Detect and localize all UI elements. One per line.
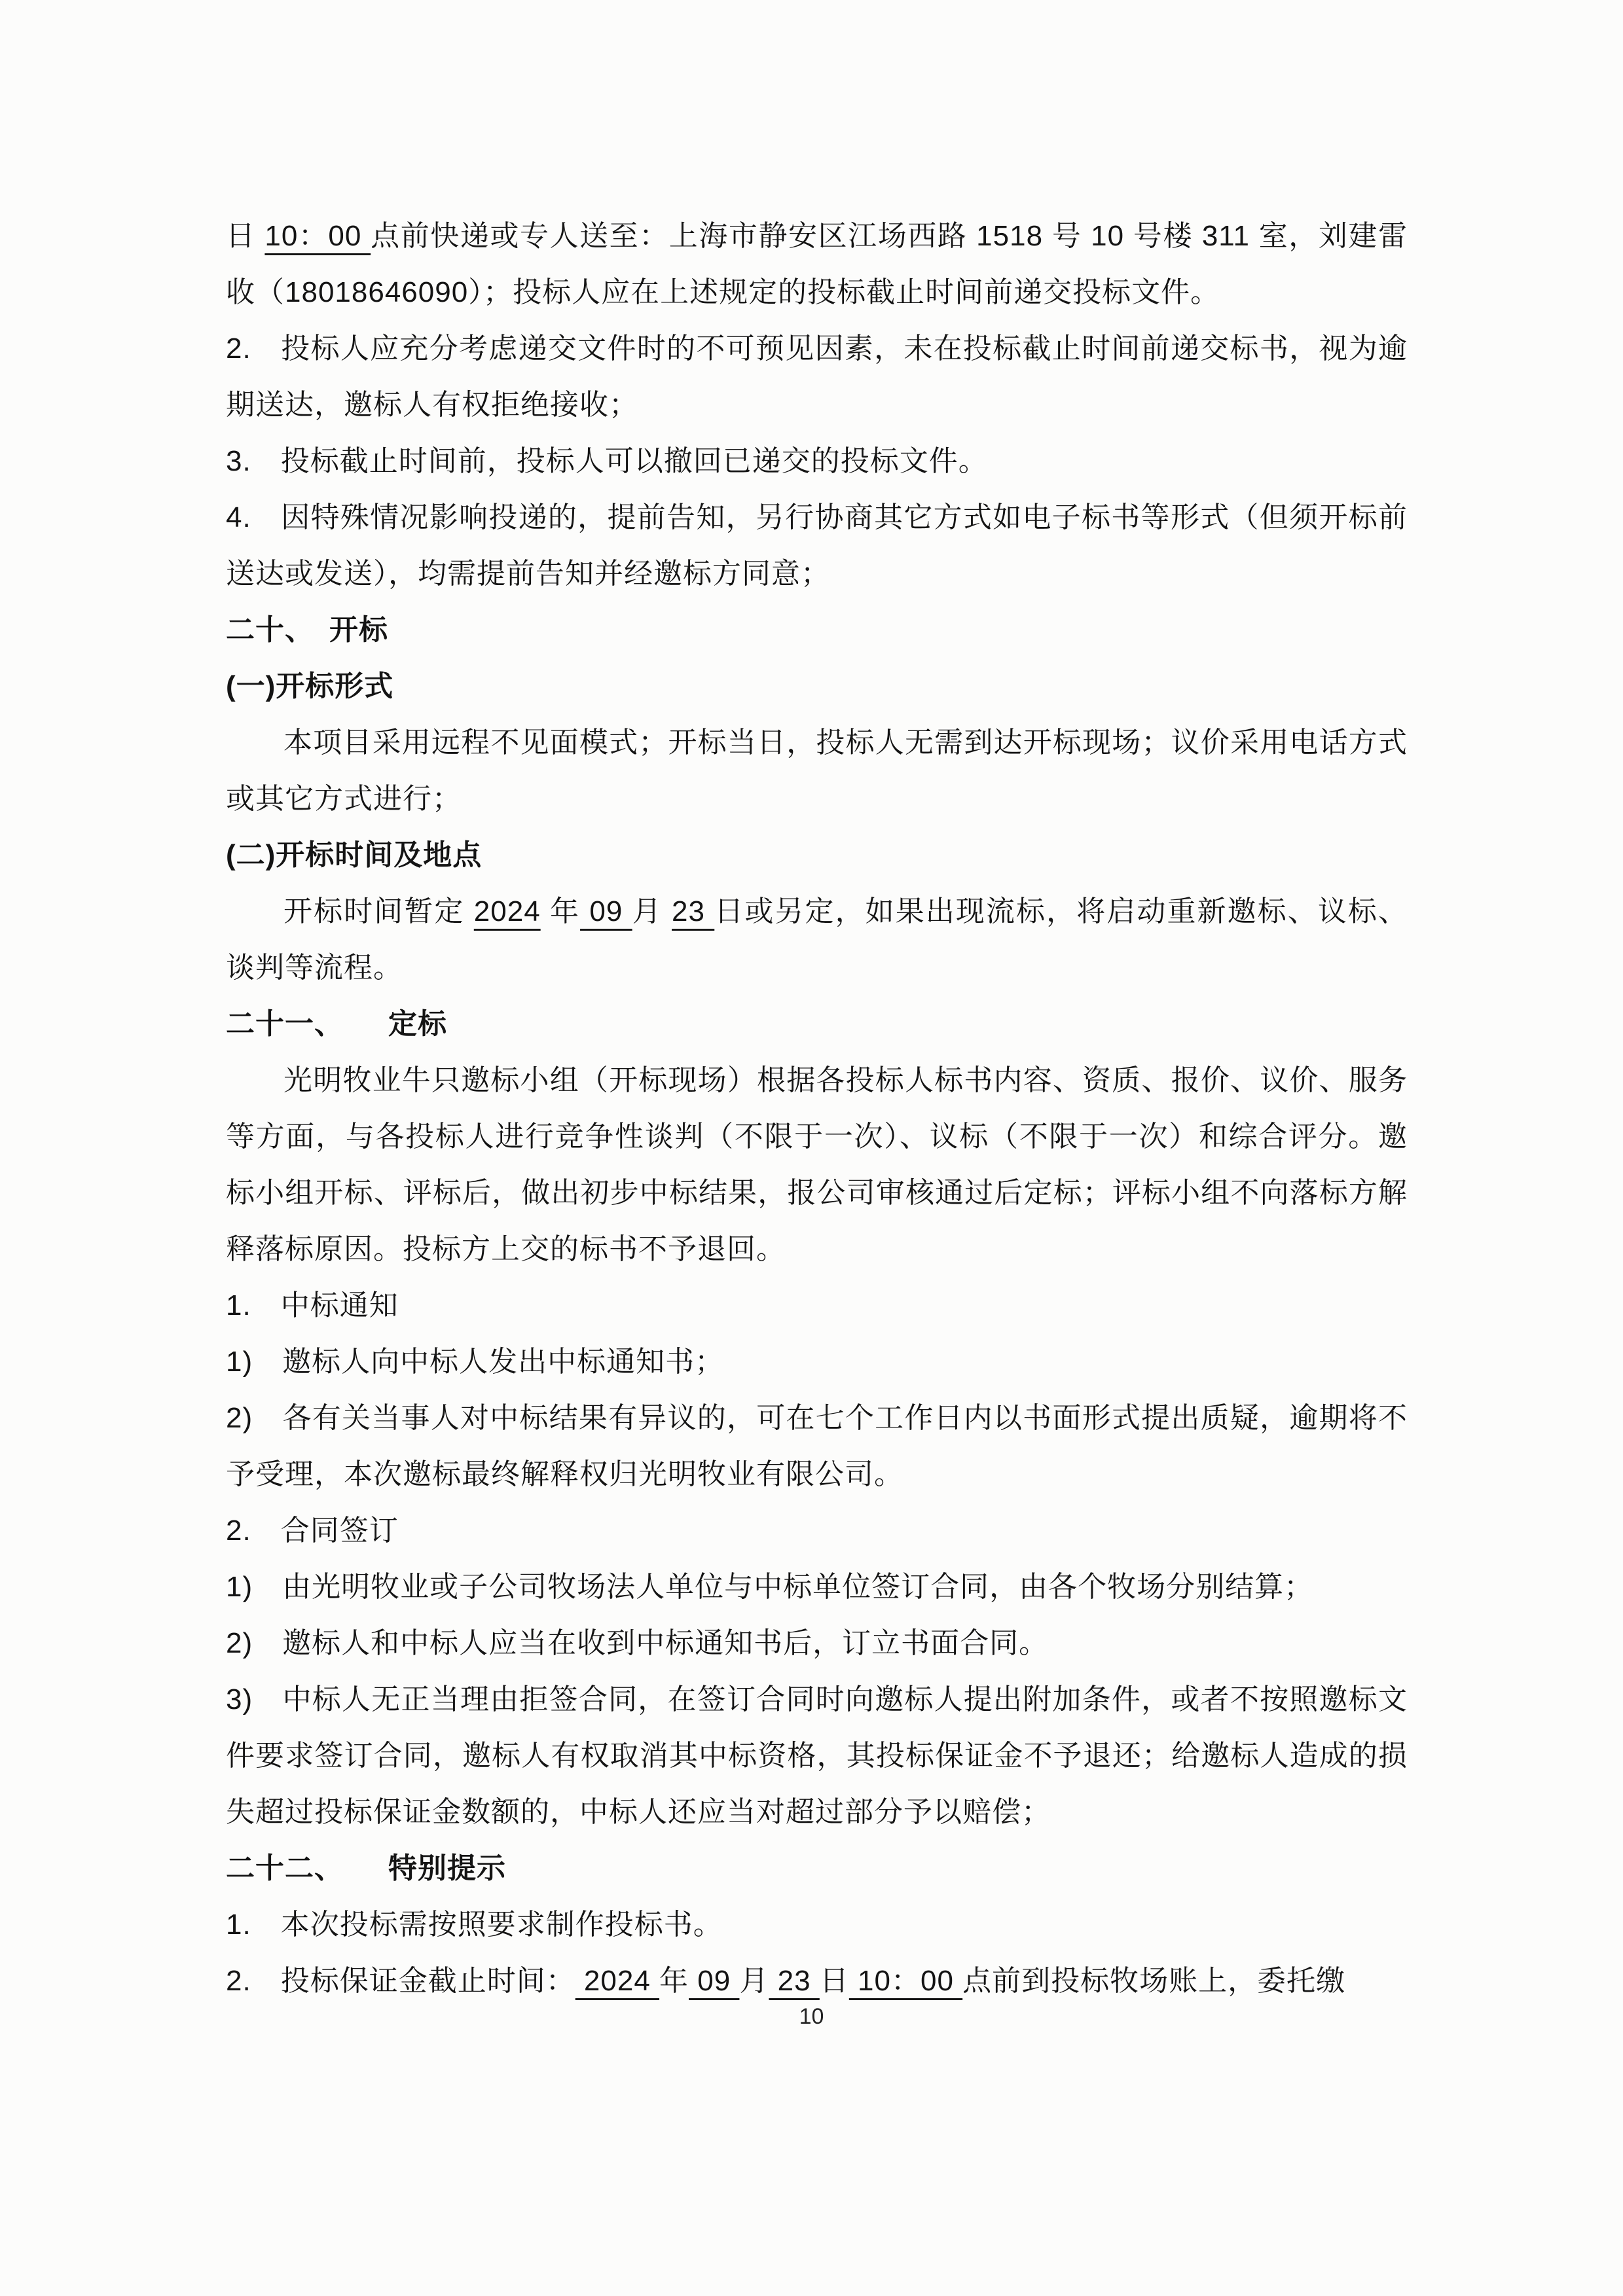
paragraph-item-4-special-cases: 4. 因特殊情况影响投递的，提前告知，另行协商其它方式如电子标书等形式（但须开标… xyxy=(226,490,1408,602)
underlined-day: 23 xyxy=(769,1965,819,1997)
paragraph-item-2-3-refusal-penalty: 3) 中标人无正当理由拒签合同，在签订合同时向邀标人提出附加条件，或者不按照邀标… xyxy=(226,1672,1408,1840)
heading-20-2-bid-opening-time-place: (二)开标时间及地点 xyxy=(226,827,1408,884)
paragraph-item-2-1-contract-parties: 1) 由光明牧业或子公司牧场法人单位与中标单位签订合同，由各个牧场分别结算； xyxy=(226,1559,1408,1615)
paragraph-bid-opening-date: 开标时间暂定 2024 年 09 月 23 日或另定，如果出现流标，将启动重新邀… xyxy=(226,884,1408,996)
text-segment: 点前快递或专人送至：上海市静安区江场西路 1518 号 10 号楼 311 室，… xyxy=(226,220,1408,308)
text-segment: 年 xyxy=(659,1965,689,1997)
heading-20-1-bid-opening-form: (一)开标形式 xyxy=(226,658,1408,715)
paragraph-remote-bid-opening: 本项目采用远程不见面模式；开标当日，投标人无需到达开标现场；议价采用电话方式或其… xyxy=(226,715,1408,827)
paragraph-item-2-late-delivery: 2. 投标人应充分考虑递交文件时的不可预见因素，未在投标截止时间前递交标书，视为… xyxy=(226,321,1408,433)
text-segment: 月 xyxy=(739,1965,769,1997)
underlined-time: 10：00 xyxy=(849,1965,962,1997)
underlined-month: 09 xyxy=(689,1965,739,1997)
paragraph-item-3-withdraw: 3. 投标截止时间前，投标人可以撤回已递交的投标文件。 xyxy=(226,433,1408,490)
document-page: 日 10：00 点前快递或专人送至：上海市静安区江场西路 1518 号 10 号… xyxy=(0,0,1623,2296)
text-segment: 2. 投标保证金截止时间： xyxy=(226,1965,575,1997)
text-segment: 月 xyxy=(632,895,672,927)
text-segment: 日 xyxy=(226,220,264,252)
underlined-year: 2024 xyxy=(474,895,541,927)
paragraph-item-2-contract-signing: 2. 合同签订 xyxy=(226,1503,1408,1559)
heading-section-21-award-decision: 二十一、 定标 xyxy=(226,996,1408,1052)
paragraph-evaluation-process: 光明牧业牛只邀标小组（开标现场）根据各投标人标书内容、资质、报价、议价、服务等方… xyxy=(226,1052,1408,1278)
text-segment: 点前到投标牧场账上，委托缴 xyxy=(962,1965,1345,1997)
page-number: 10 xyxy=(0,2004,1623,2030)
underlined-day: 23 xyxy=(672,895,714,927)
document-body: 日 10：00 点前快递或专人送至：上海市静安区江场西路 1518 号 10 号… xyxy=(226,208,1408,2009)
paragraph-delivery-address: 日 10：00 点前快递或专人送至：上海市静安区江场西路 1518 号 10 号… xyxy=(226,208,1408,321)
paragraph-item-1-2-objection: 2) 各有关当事人对中标结果有异议的，可在七个工作日内以书面形式提出质疑，逾期将… xyxy=(226,1390,1408,1503)
underlined-year: 2024 xyxy=(575,1965,659,1997)
paragraph-item-1-award-notice: 1. 中标通知 xyxy=(226,1278,1408,1334)
underlined-month: 09 xyxy=(580,895,632,927)
text-segment: 日 xyxy=(820,1965,849,1997)
paragraph-item-1-1-notice-issue: 1) 邀标人向中标人发出中标通知书； xyxy=(226,1334,1408,1390)
paragraph-note-1-bid-document: 1. 本次投标需按照要求制作投标书。 xyxy=(226,1897,1408,1953)
text-segment: 开标时间暂定 xyxy=(283,895,474,927)
paragraph-note-2-deposit-deadline: 2. 投标保证金截止时间： 2024 年 09 月 23 日 10：00 点前到… xyxy=(226,1953,1408,2009)
heading-section-22-special-notes: 二十二、 特别提示 xyxy=(226,1840,1408,1897)
text-segment: 年 xyxy=(541,895,580,927)
heading-section-20-bid-opening: 二十、 开标 xyxy=(226,602,1408,658)
paragraph-item-2-2-written-contract: 2) 邀标人和中标人应当在收到中标通知书后，订立书面合同。 xyxy=(226,1615,1408,1672)
underlined-deadline-time: 10：00 xyxy=(264,220,371,252)
